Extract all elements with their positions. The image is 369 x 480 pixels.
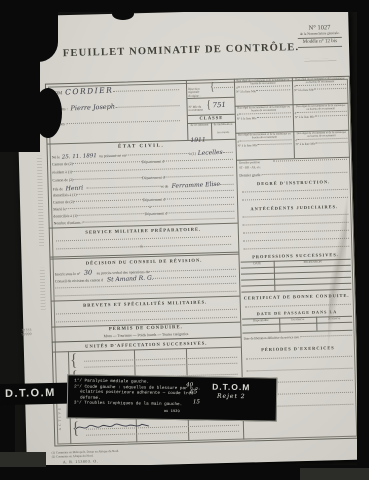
dotted-leader <box>153 276 236 279</box>
stamp-mark: ✳ <box>139 244 143 250</box>
handwritten-scrawl <box>74 418 152 434</box>
scan-background <box>0 0 40 152</box>
dotted-leader <box>239 140 292 142</box>
reference-block: N° 1027 de la Nomenclature générale. Mod… <box>289 24 350 50</box>
dotted-leader <box>238 113 291 115</box>
dotted-leader <box>256 90 290 92</box>
marie-label: Marié le <box>53 207 66 211</box>
decision-l2a: Conseil de révision du canton d <box>55 278 103 283</box>
bureau-liste-label: N° à la liste Mle <box>237 117 257 122</box>
dotted-leader <box>220 184 234 185</box>
dotted-leader <box>73 177 142 180</box>
dotted-leader <box>165 175 234 178</box>
bureau-cell: Bon régal du recrutement et de la statis… <box>236 78 290 94</box>
dotted-leader <box>73 161 142 164</box>
medical-note-label: 1°/ Paralysie médiale gauche. 2°/ Coude … <box>67 374 278 421</box>
margin-vertical-text <box>37 156 44 246</box>
dotted-leader <box>238 86 291 88</box>
scan-background <box>0 452 46 467</box>
dotted-leader <box>214 87 233 88</box>
divider-line <box>298 46 342 48</box>
dotted-leader <box>296 84 347 86</box>
nom-value: CORDIER <box>65 85 113 96</box>
note-footer: au 1939 <box>164 410 180 416</box>
brace-glyph: { <box>206 98 211 111</box>
classe-col2-note: (au crayon) <box>212 131 234 135</box>
margin-vertical-text <box>40 268 46 310</box>
bureau-cell: Bon régal du recrutement et de la statis… <box>237 132 291 148</box>
dotted-leader <box>167 211 234 214</box>
enfants-label: Nombre d'enfants : <box>54 221 83 226</box>
ne-le-label: Né le <box>52 155 60 159</box>
canton-label: Canton de (2) <box>53 200 74 205</box>
bureau-cell: Don régal du recrutement et de la statis… <box>294 77 346 93</box>
reference-nomenclature: de la Nomenclature générale. <box>290 31 350 37</box>
dotted-leader <box>314 88 346 90</box>
classe-col2-label: de mobilisation <box>212 123 234 127</box>
et-de-label: et de <box>161 184 168 188</box>
handwritten-mark: 65 <box>190 389 197 395</box>
residant-label: résidant à (1) <box>52 170 72 175</box>
matricule-row: N° Mle du recrutement { 751 <box>188 99 233 113</box>
scanned-document-photo: FEUILLET NOMINATIF DE CONTRÔLE. N° 1027 … <box>0 0 369 480</box>
bureau-cell: Don régal du recrutement et de la statis… <box>295 104 347 120</box>
page-title: FEUILLET NOMINATIF DE CONTRÔLE. <box>56 42 306 60</box>
matricule-value: 751 <box>213 101 227 110</box>
presume-label: ou présumé né en <box>99 154 126 159</box>
dotted-leader <box>66 206 149 209</box>
domicilies-label: domiciliés à (1) <box>53 193 77 198</box>
dotted-leader <box>297 138 348 140</box>
punch-hole-shadow <box>34 88 62 138</box>
handwritten-mark: 40 <box>186 382 193 388</box>
scan-background <box>300 468 369 480</box>
dotted-leader <box>164 159 233 162</box>
decision-l1a: Inscrit sous le n° <box>55 272 81 277</box>
dotted-leader <box>67 120 180 124</box>
canton-label: Canton de (2) <box>52 178 73 183</box>
classe-col1-label: de recrutement <box>189 123 210 127</box>
bureau-liste-label: N° à la liste Mle <box>296 142 316 147</box>
birth-date: 25. 11. 1891 <box>62 153 97 161</box>
dotted-leader <box>113 89 179 92</box>
margin-marks: 33333 99999 <box>21 328 31 337</box>
a-label: à (1) <box>189 152 196 156</box>
dotted-leader <box>151 204 234 207</box>
matricule-label: N° Mle du recrutement <box>189 105 207 112</box>
bureau-cell: Bon régal du recrutement et de la statis… <box>237 105 291 121</box>
scan-background <box>357 0 369 480</box>
dotted-leader <box>115 105 179 108</box>
bureau-liste-label: N° à la liste Mle <box>294 88 314 93</box>
prenoms-value: Pierre Joseph <box>71 102 116 112</box>
dernier-grade-label: Dernier grade : <box>239 173 262 178</box>
birthplace: Lecelles <box>198 149 223 157</box>
dtom-stamp-right: D.T.O.M <box>212 382 250 393</box>
handwritten-mark: 15 <box>193 399 200 405</box>
dotted-leader <box>126 153 189 156</box>
direction-row: Direction régionale d'origine : { <box>188 81 233 98</box>
margin-marks-line: 99999 <box>21 333 31 338</box>
bureau-cell: Don régal du recrutement et de la statis… <box>295 131 347 147</box>
departement-label: Département d <box>145 212 168 217</box>
dotted-leader <box>257 117 291 119</box>
bureau-liste-label: N° à la liste Mle <box>295 115 315 120</box>
dotted-leader <box>257 144 291 146</box>
departement-label: Département d <box>143 198 166 203</box>
dtom-handwritten-note: Rejet 2 <box>217 393 246 400</box>
dotted-leader <box>315 142 347 144</box>
reference-model: Modèle n° 12 bis <box>290 39 350 46</box>
dotted-leader <box>77 213 144 216</box>
fils-de-label: Fils de <box>53 187 63 191</box>
dotted-leader <box>149 269 236 272</box>
domiciliee-label: domiciliée à (1) <box>53 214 77 219</box>
ref-format-smudge <box>304 58 336 62</box>
dotted-leader <box>223 152 233 153</box>
note-line: 3°/ Troubles trophiques de la main gauch… <box>74 400 182 407</box>
dtom-stamp-left: D.T.O.M <box>5 387 56 400</box>
departement-label: Département d <box>142 176 165 181</box>
dotted-leader <box>86 186 161 189</box>
dotted-leader <box>165 197 234 200</box>
bureau-liste-label: N° à la liste Mle <box>238 144 258 149</box>
dotted-leader <box>74 199 143 202</box>
departement-label: Département d <box>142 160 165 165</box>
pere-value: Henri <box>66 185 84 193</box>
printer-mark: A. R. 153803. O. <box>63 458 99 464</box>
canton-label: Canton de (2) <box>52 162 73 167</box>
dotted-leader <box>315 115 347 117</box>
scan-background <box>112 8 134 20</box>
dotted-leader <box>296 111 347 113</box>
brace-glyph: { <box>70 353 78 370</box>
bureau-liste-label: N° à la liste Mle <box>236 90 256 95</box>
